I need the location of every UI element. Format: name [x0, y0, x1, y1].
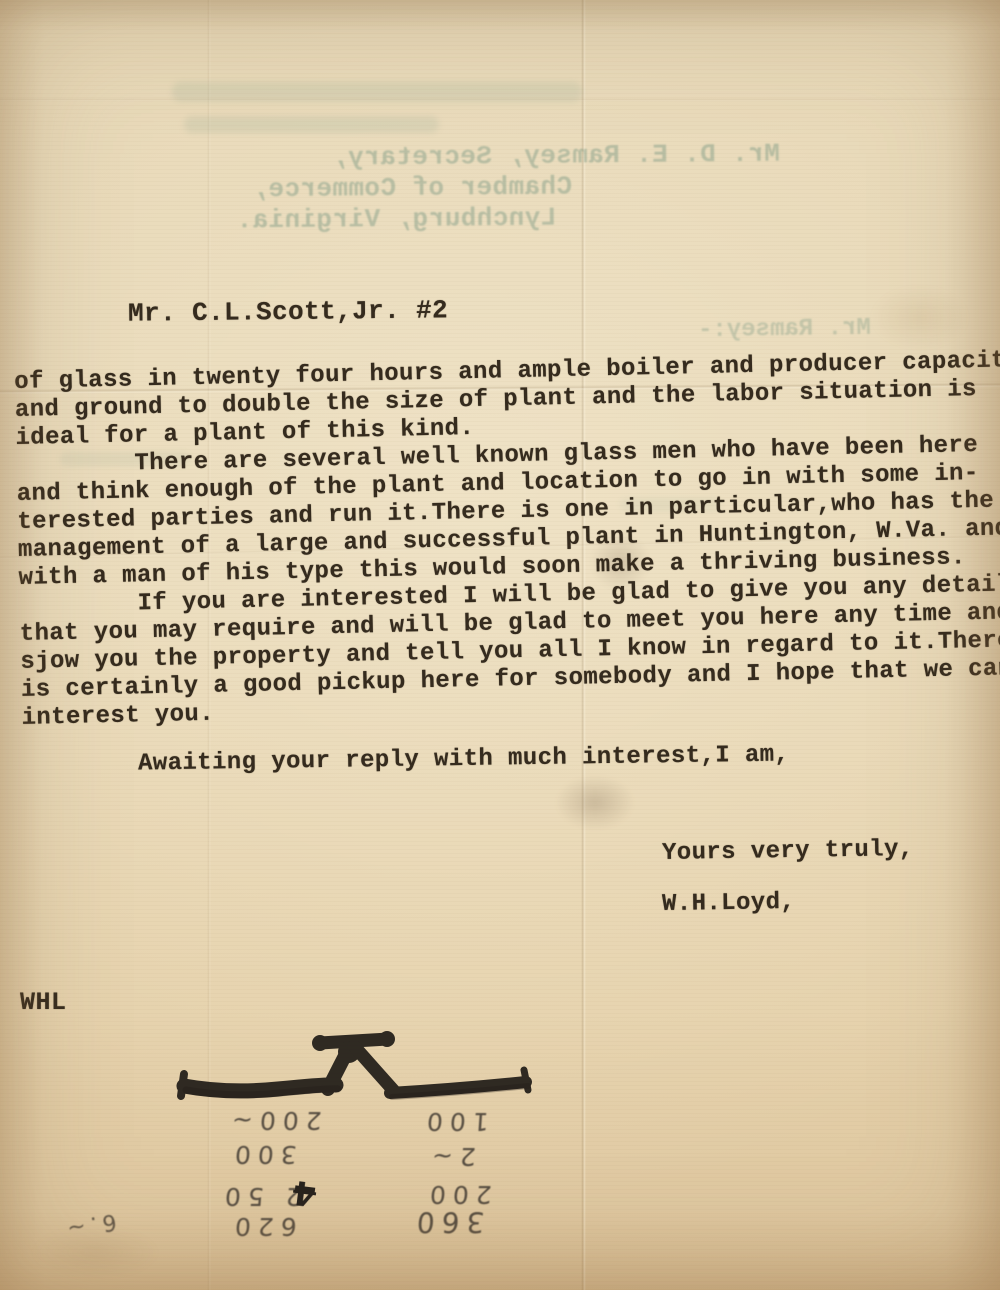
scan-vignette	[0, 0, 1000, 1290]
letter-page: Mr. D. E. Ramsey, Secretary, Chamber of …	[0, 0, 1000, 1290]
scan-edge-shadow	[0, 0, 1000, 30]
scan-edge-shadow	[0, 0, 45, 1290]
scan-edge-shadow	[945, 0, 1000, 1290]
scan-edge-shadow	[0, 1210, 1000, 1290]
